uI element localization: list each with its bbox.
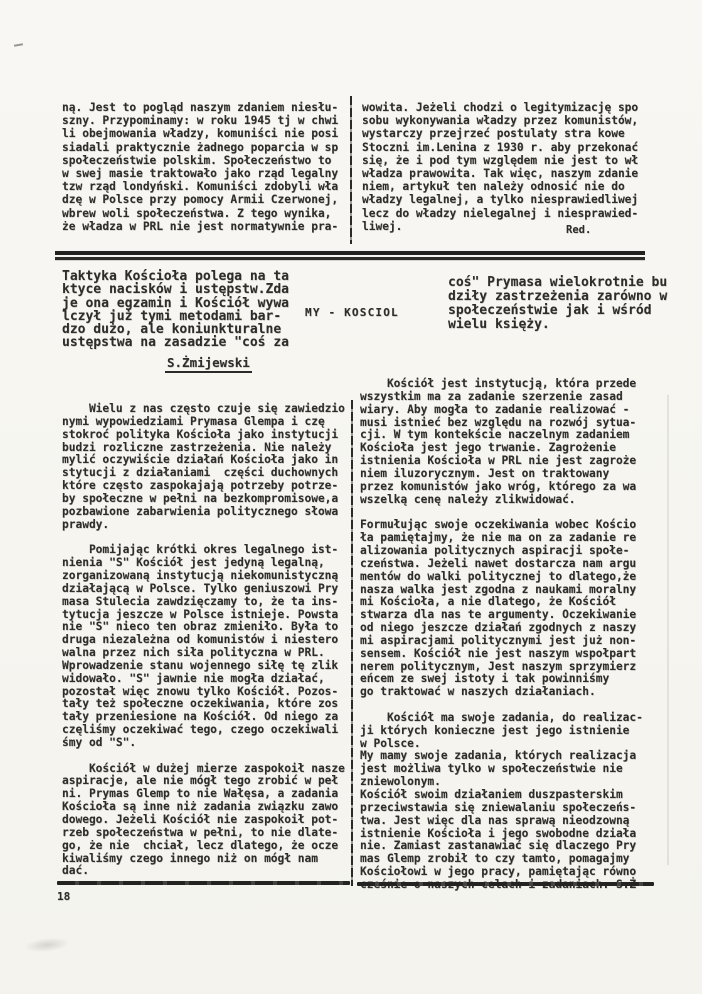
scan-artifact-smudge (23, 936, 70, 955)
left-column-end-rule (57, 881, 350, 885)
editorial-note-left-column: ną. Jest to pogląd naszym zdaniem niesłu… (62, 101, 338, 233)
article-title: MY - KOSCIOL (305, 306, 399, 319)
column-divider-line (350, 96, 352, 244)
editorial-note-right-column: wowita. Jeżeli chodzi o legitymizację sp… (362, 101, 638, 233)
author-byline: S.Żmijewski (165, 355, 252, 373)
section-divider-bar (55, 251, 645, 260)
right-column-end-rule (357, 882, 654, 886)
scanned-document-page: ną. Jest to pogląd naszym zdaniem niesłu… (0, 0, 702, 994)
scan-artifact-edge-streak (667, 395, 669, 865)
page-number: 18 (57, 890, 70, 903)
column-divider-line (351, 400, 353, 886)
lead-paragraph-left: Taktyka Kościoła polega na ta ktyce naci… (62, 270, 289, 350)
body-right-column: Kościół jest instytucją, która przede ws… (360, 378, 643, 892)
editor-signature: Red. (566, 224, 591, 236)
scan-artifact-mark (14, 43, 23, 47)
body-left-column: Wielu z nas często czuje się zawiedzio n… (62, 403, 345, 878)
lead-paragraph-right: coś" Prymasa wielokrotnie bu dziły zastr… (448, 276, 667, 332)
